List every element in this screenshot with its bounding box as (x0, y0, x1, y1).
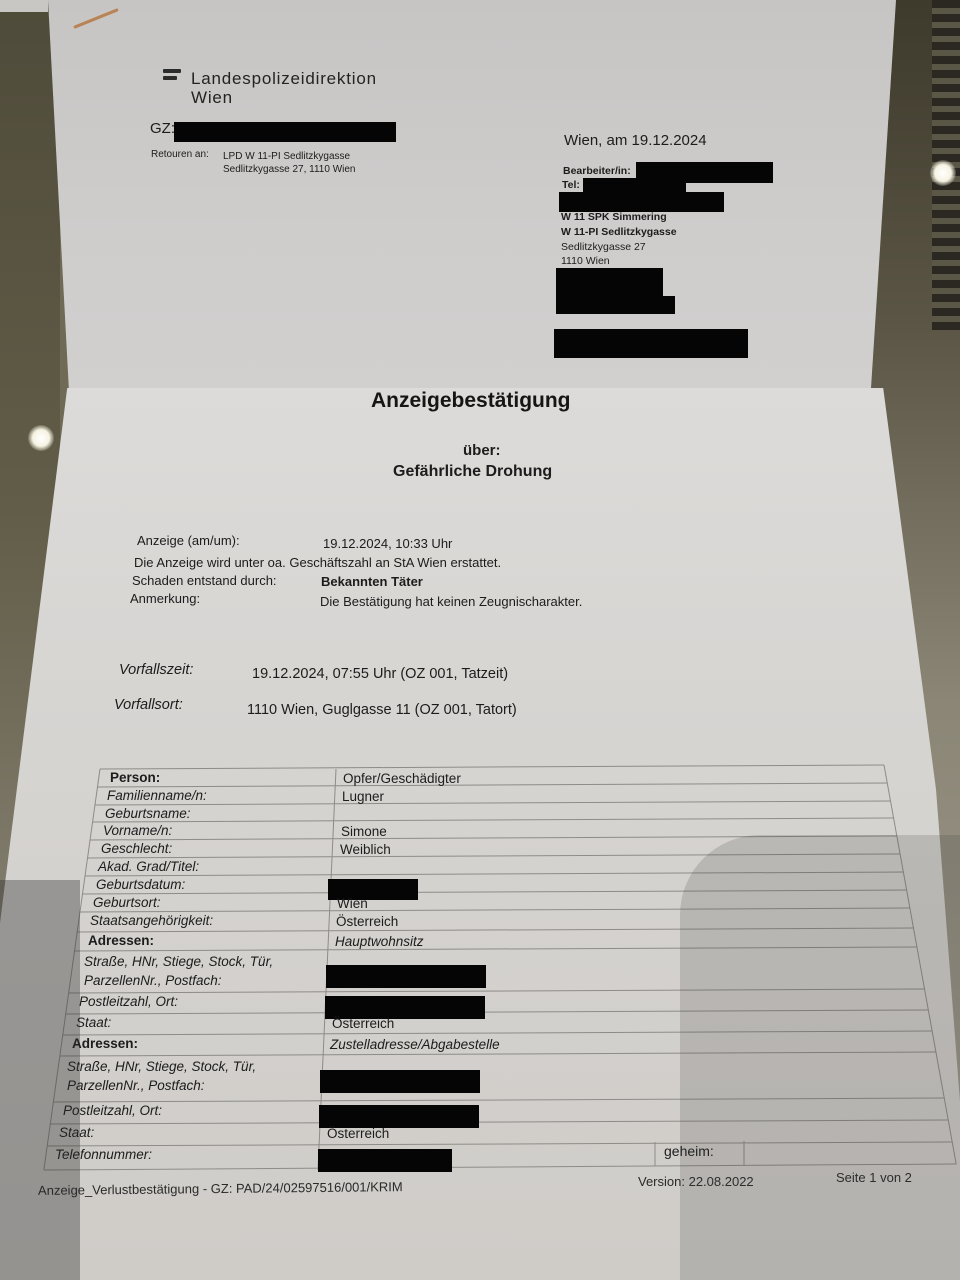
hand-shadow (680, 835, 960, 1280)
return-address-line: LPD W 11-PI Sedlitzkygasse (223, 151, 350, 162)
redaction-recipient (556, 296, 675, 314)
redaction-recipient (554, 329, 748, 358)
logo-mark-icon (163, 69, 181, 81)
light-reflection (28, 425, 54, 451)
schaden-value: Bekannten Täter (321, 574, 423, 589)
letter-date: Wien, am 19.12.2024 (564, 132, 707, 149)
paper-top-half (48, 0, 896, 395)
redaction-email (559, 192, 724, 212)
office-line: 1110 Wien (561, 255, 610, 267)
light-reflection (930, 160, 956, 186)
logo-text: Landespolizeidirektion Wien (191, 69, 377, 107)
background-paper-edge (0, 0, 48, 12)
bearbeiter-label: Bearbeiter/in: (563, 165, 631, 177)
schaden-label: Schaden entstand durch: (132, 573, 277, 588)
vorfallszeit-value: 19.12.2024, 07:55 Uhr (OZ 001, Tatzeit) (252, 666, 508, 682)
redaction-tel (583, 178, 686, 193)
return-address-line: Sedlitzkygasse 27, 1110 Wien (223, 164, 355, 175)
redaction-recipient (556, 268, 663, 298)
vorfallsort-value: 1110 Wien, Guglgasse 11 (OZ 001, Tatort) (247, 702, 517, 718)
office-line: Sedlitzkygasse 27 (561, 241, 646, 253)
document-subtitle: über: (463, 442, 501, 459)
anmerkung-value: Die Bestätigung hat keinen Zeugnischarak… (320, 594, 582, 609)
document-title: Anzeigebestätigung (371, 389, 571, 413)
edge-shadow (0, 880, 80, 1280)
gz-label: GZ: (150, 120, 175, 137)
vorfallszeit-label: Vorfallszeit: (119, 662, 193, 678)
office-line: W 11-PI Sedlitzkygasse (561, 226, 677, 238)
anzeige-value: 19.12.2024, 10:33 Uhr (323, 536, 452, 551)
redaction-gz (174, 122, 396, 142)
offense-type: Gefährliche Drohung (393, 463, 552, 481)
anzeige-label: Anzeige (am/um): (137, 533, 240, 548)
tel-label: Tel: (562, 179, 580, 191)
return-label: Retouren an: (151, 149, 209, 160)
report-statement: Die Anzeige wird unter oa. Geschäftszahl… (134, 555, 501, 570)
office-line: W 11 SPK Simmering (561, 211, 667, 223)
vorfallsort-label: Vorfallsort: (114, 697, 183, 713)
anmerkung-label: Anmerkung: (130, 591, 200, 606)
